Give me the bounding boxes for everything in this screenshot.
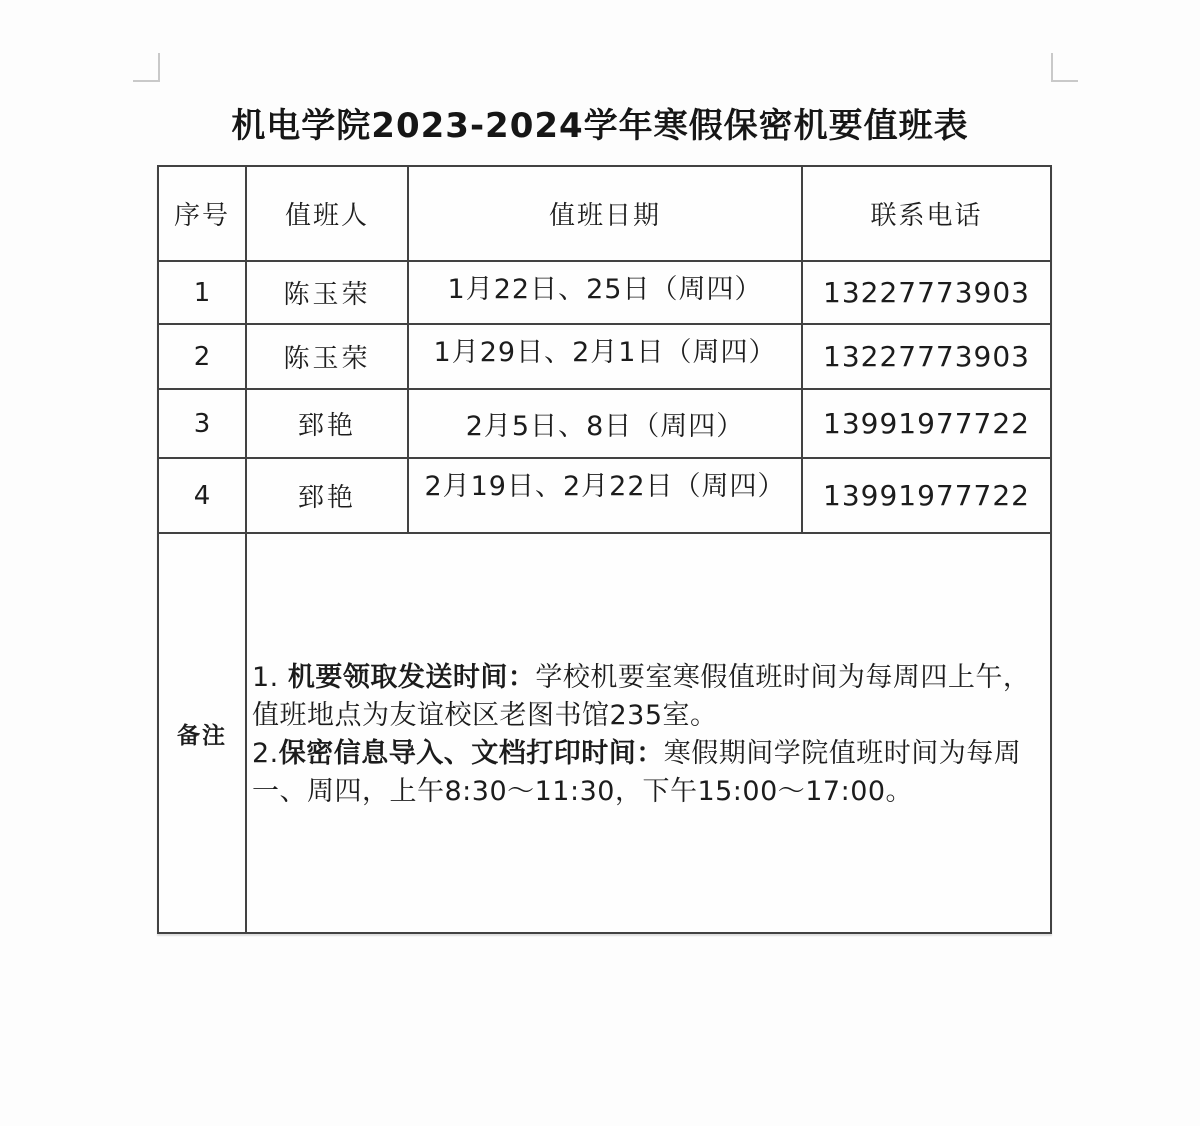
document-page: 机电学院2023-2024学年寒假保密机要值班表 序号 值班人 值班日期 联系电… xyxy=(0,0,1200,1126)
col-header-no: 序号 xyxy=(158,166,246,261)
note-number: 1. xyxy=(252,662,288,693)
col-header-phone: 联系电话 xyxy=(802,166,1051,261)
table-row: 1 陈玉荣 1月22日、25日（周四） 13227773903 xyxy=(158,261,1051,324)
note-item: 1. 机要领取发送时间：学校机要室寒假值班时间为每周四上午，值班地点为友谊校区老… xyxy=(252,659,1046,735)
note-number: 2. xyxy=(252,738,279,769)
cell-no: 4 xyxy=(158,458,246,533)
table-row: 3 郅艳 2月5日、8日（周四） 13991977722 xyxy=(158,389,1051,458)
col-header-person: 值班人 xyxy=(246,166,408,261)
cell-phone: 13227773903 xyxy=(802,324,1051,389)
table-header-row: 序号 值班人 值班日期 联系电话 xyxy=(158,166,1051,261)
col-header-dates: 值班日期 xyxy=(408,166,802,261)
table-row: 4 郅艳 2月19日、2月22日（周四） 13991977722 xyxy=(158,458,1051,533)
cell-person: 郅艳 xyxy=(246,389,408,458)
cell-no: 2 xyxy=(158,324,246,389)
cell-phone: 13991977722 xyxy=(802,458,1051,533)
notes-label: 备注 xyxy=(158,533,246,933)
text-boundary-corner-top-left xyxy=(133,53,160,82)
note-heading: 保密信息导入、文档打印时间： xyxy=(279,738,664,769)
cell-dates: 1月22日、25日（周四） xyxy=(408,261,802,324)
note-heading: 机要领取发送时间： xyxy=(288,662,536,693)
cell-dates: 2月19日、2月22日（周四） xyxy=(408,458,802,533)
note-item: 2.保密信息导入、文档打印时间：寒假期间学院值班时间为每周一、周四，上午8:30… xyxy=(252,735,1046,811)
table-row: 2 陈玉荣 1月29日、2月1日（周四） 13227773903 xyxy=(158,324,1051,389)
cell-person: 陈玉荣 xyxy=(246,261,408,324)
cell-person: 陈玉荣 xyxy=(246,324,408,389)
cell-dates: 2月5日、8日（周四） xyxy=(408,389,802,458)
cell-no: 3 xyxy=(158,389,246,458)
page-title: 机电学院2023-2024学年寒假保密机要值班表 xyxy=(0,98,1200,147)
cell-person: 郅艳 xyxy=(246,458,408,533)
cell-dates: 1月29日、2月1日（周四） xyxy=(408,324,802,389)
duty-schedule-table: 序号 值班人 值班日期 联系电话 1 陈玉荣 1月22日、25日（周四） 132… xyxy=(157,165,1052,934)
cell-phone: 13227773903 xyxy=(802,261,1051,324)
cell-no: 1 xyxy=(158,261,246,324)
cell-phone: 13991977722 xyxy=(802,389,1051,458)
notes-body: 1. 机要领取发送时间：学校机要室寒假值班时间为每周四上午，值班地点为友谊校区老… xyxy=(246,533,1051,933)
notes-row: 备注 1. 机要领取发送时间：学校机要室寒假值班时间为每周四上午，值班地点为友谊… xyxy=(158,533,1051,933)
text-boundary-corner-top-right xyxy=(1051,53,1078,82)
